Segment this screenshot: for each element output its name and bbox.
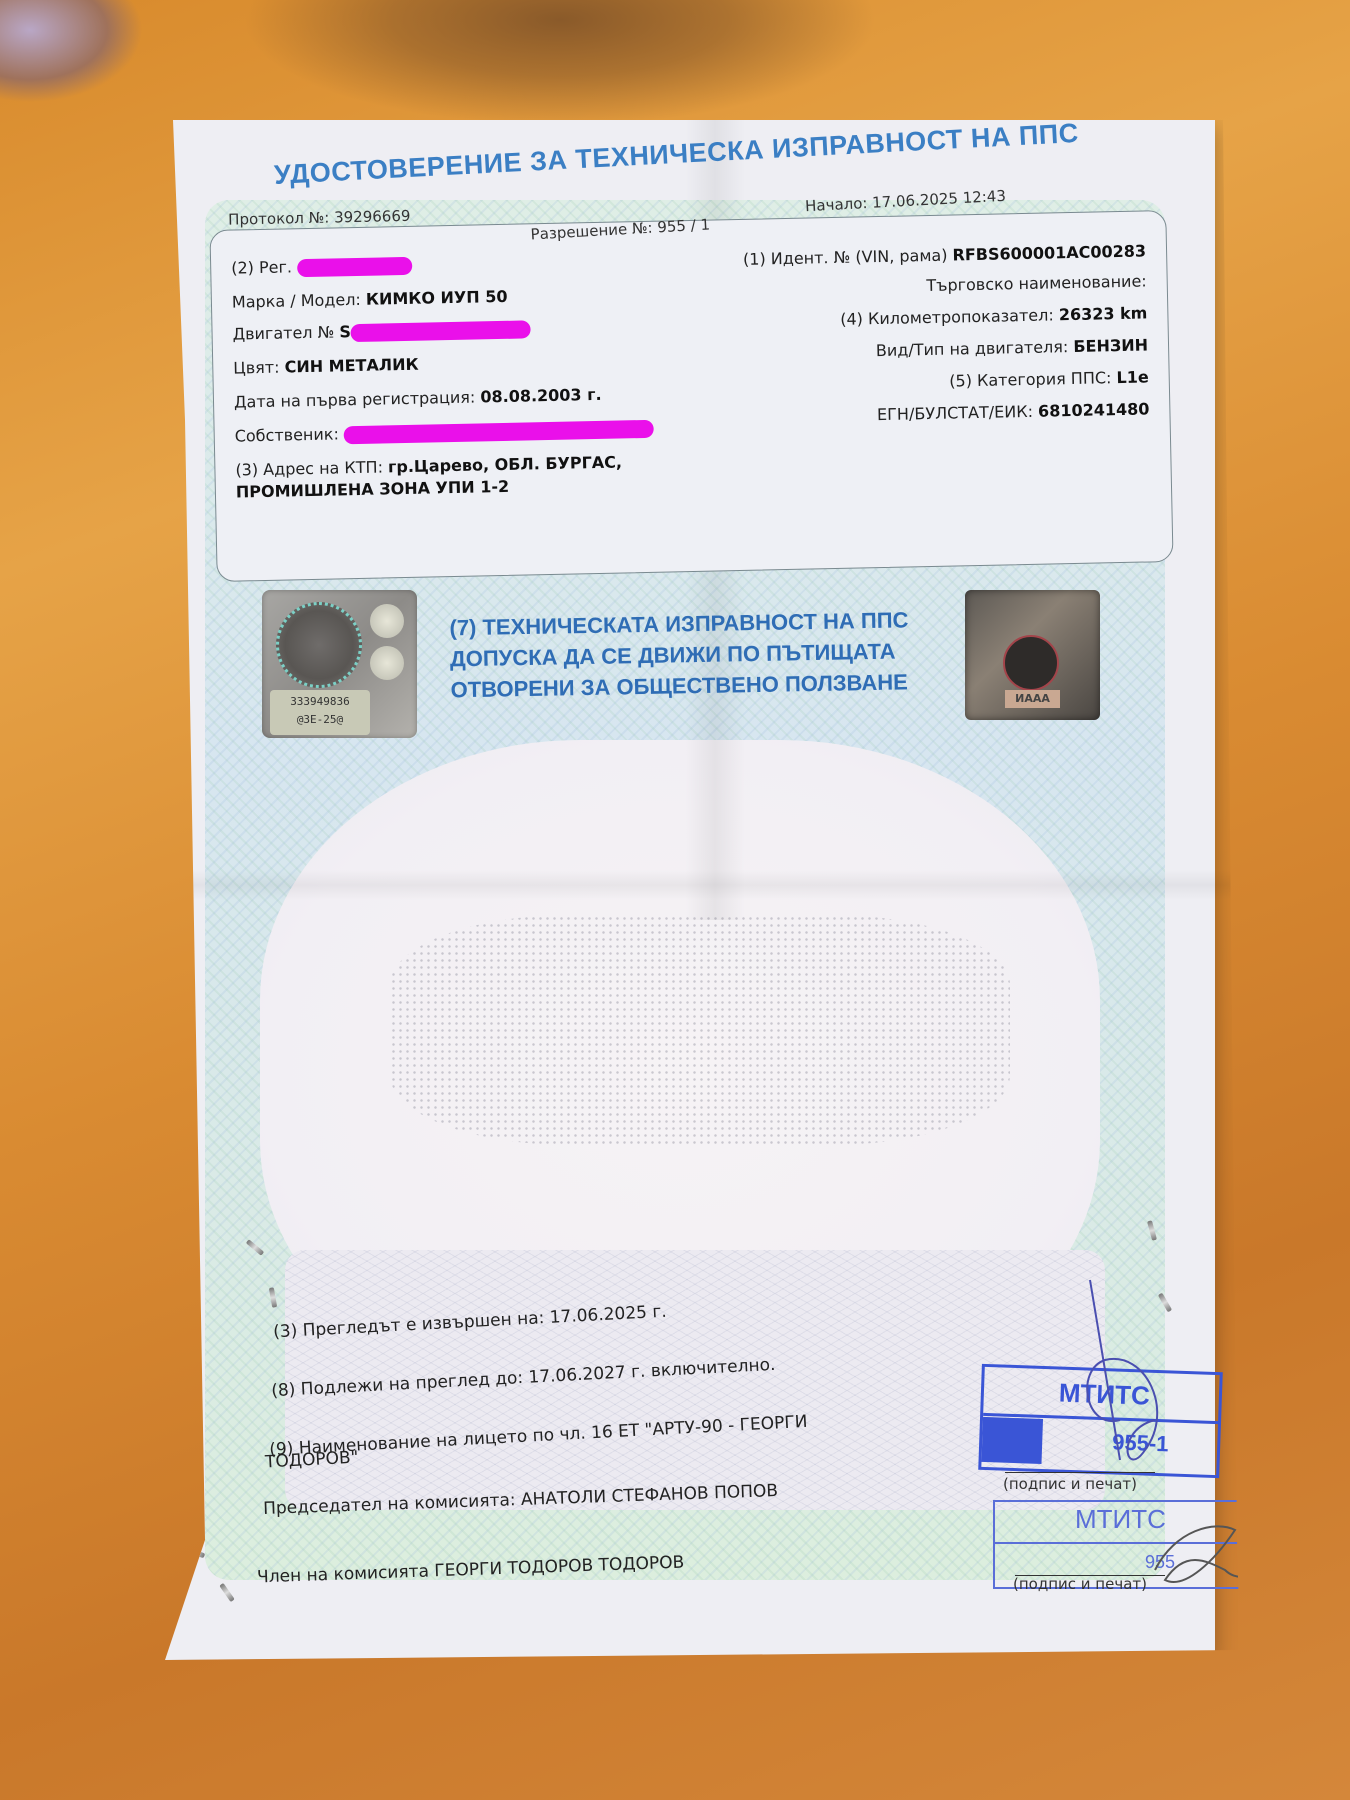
- odometer-field: (4) Километропоказател: 26323 km: [840, 303, 1147, 328]
- address-field-line2: ПРОМИШЛЕНА ЗОНА УПИ 1-2: [236, 477, 510, 502]
- first-registration-field: Дата на първа регистрация: 08.08.2003 г.: [234, 385, 602, 412]
- registration-field: (2) Рег.: [231, 255, 412, 278]
- redaction-mark: [297, 256, 412, 276]
- redaction-mark: [344, 419, 654, 443]
- category-field: (5) Категория ППС: L1e: [949, 367, 1149, 390]
- signature-2: [1145, 1510, 1255, 1600]
- hologram-serial: 333949836 @3E-25@: [270, 690, 370, 735]
- hologram-seal-icon: [276, 602, 362, 688]
- engine-type-field: Вид/Тип на двигателя: БЕНЗИН: [876, 335, 1149, 360]
- address-field: (3) Адрес на КТП: гр.Царево, ОБЛ. БУРГАС…: [235, 452, 622, 479]
- staple: [219, 1583, 235, 1602]
- signature-1: [1065, 1280, 1225, 1500]
- hologram-emblem-icon: [370, 646, 404, 680]
- inspection-certificate: УДОСТОВЕРЕНИЕ ЗА ТЕХНИЧЕСКА ИЗПРАВНОСТ Н…: [165, 120, 1215, 1660]
- iaaa-emblem-icon: [1003, 635, 1059, 691]
- vin-field: (1) Идент. № (VIN, рама) RFBS600001AC002…: [743, 241, 1146, 268]
- roadworthiness-statement: (7) ТЕХНИЧЕСКАТА ИЗПРАВНОСТ НА ППС ДОПУС…: [449, 604, 951, 706]
- egn-field: ЕГН/БУЛСТАТ/ЕИК: 6810241480: [877, 399, 1150, 424]
- staple: [185, 1547, 206, 1559]
- hologram-sticker: 333949836 @3E-25@: [262, 590, 417, 738]
- trade-name-field: Търговско наименование:: [926, 271, 1147, 295]
- engine-number-field: Двигател № S: [232, 318, 531, 344]
- iaaa-hologram: ИААА: [965, 590, 1100, 720]
- hologram-emblem-icon: [370, 604, 404, 638]
- make-model-field: Марка / Модел: КИМКО ИУП 50: [232, 287, 508, 312]
- dot-pattern-watermark: [390, 915, 1010, 1145]
- color-field: Цвят: СИН МЕТАЛИК: [233, 355, 419, 378]
- signature-line-1: [1005, 1472, 1155, 1473]
- signature-label-2: (подпис и печат): [1013, 1575, 1147, 1593]
- iaaa-label: ИААА: [1005, 690, 1060, 708]
- protocol-number: Протокол №: 39296669: [228, 207, 411, 229]
- horizontal-fold: [165, 870, 1265, 900]
- vehicle-info-box: Протокол №: 39296669 Разрешение №: 955 /…: [209, 210, 1173, 582]
- signature-label-1: (подпис и печат): [1003, 1475, 1137, 1493]
- redaction-mark: [351, 320, 531, 342]
- owner-field: Собственик:: [235, 418, 655, 446]
